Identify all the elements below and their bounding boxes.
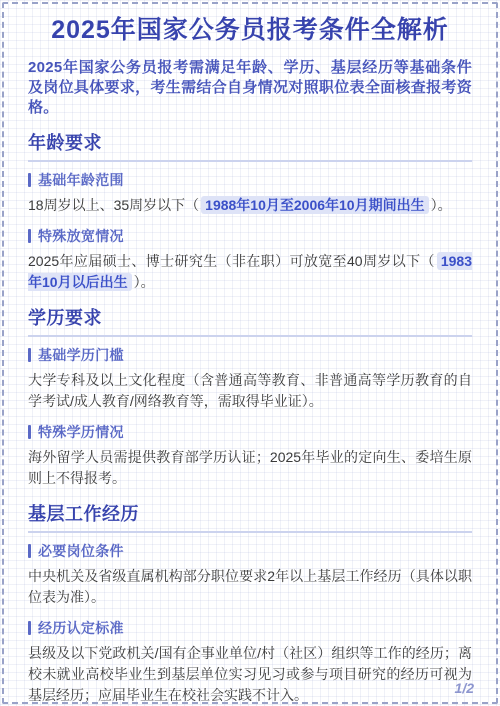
- subsection-label-text: 经历认定标准: [38, 620, 124, 637]
- subsection-label: 经历认定标准: [28, 620, 472, 637]
- subsection-label-text: 基础年龄范围: [38, 172, 124, 189]
- body-paragraph: 大学专科及以上文化程度（含普通高等教育、非普通高等学历教育的自学考试/成人教育/…: [28, 370, 472, 412]
- intro-paragraph: 2025年国家公务员报考需满足年龄、学历、基层经历等基础条件及岗位具体要求，考生…: [28, 58, 472, 118]
- label-accent-bar: [28, 173, 31, 187]
- label-accent-bar: [28, 229, 31, 243]
- section: 基层工作经历必要岗位条件中央机关及省级直属机构部分职位要求2年以上基层工作经历（…: [28, 503, 472, 706]
- body-paragraph: 中央机关及省级直属机构部分职位要求2年以上基层工作经历（具体以职位表为准）。: [28, 566, 472, 608]
- body-text: ）。: [134, 274, 155, 290]
- body-paragraph: 18周岁以上、35周岁以下（1988年10月至2006年10月期间出生）。: [28, 195, 472, 216]
- subsection-label: 特殊学历情况: [28, 424, 472, 441]
- body-paragraph: 海外留学人员需提供教育部学历认证；2025年毕业的定向生、委培生原则上不得报考。: [28, 447, 472, 489]
- body-text: 2025年应届硕士、博士研究生（非在职）可放宽至40周岁以下（: [28, 253, 435, 269]
- page-title: 2025年国家公务员报考条件全解析: [28, 14, 472, 47]
- label-accent-bar: [28, 348, 31, 362]
- body-text: 大学专科及以上文化程度（含普通高等教育、非普通高等学历教育的自学考试/成人教育/…: [28, 372, 472, 409]
- section-heading: 年龄要求: [28, 132, 472, 162]
- subsection-label-text: 必要岗位条件: [38, 543, 124, 560]
- body-text: 18周岁以上、35周岁以下（: [28, 197, 199, 213]
- section: 年龄要求基础年龄范围18周岁以上、35周岁以下（1988年10月至2006年10…: [28, 132, 472, 293]
- body-text: ）。: [431, 197, 452, 213]
- subsection-label: 必要岗位条件: [28, 543, 472, 560]
- page-content: 2025年国家公务员报考条件全解析 2025年国家公务员报考需满足年龄、学历、基…: [0, 0, 500, 706]
- poster-page: 2025年国家公务员报考条件全解析 2025年国家公务员报考需满足年龄、学历、基…: [0, 0, 500, 706]
- subsection-label: 基础年龄范围: [28, 172, 472, 189]
- page-number: 1/2: [455, 680, 474, 696]
- subsection-label: 特殊放宽情况: [28, 228, 472, 245]
- subsection-label-text: 特殊学历情况: [38, 424, 124, 441]
- section: 学历要求基础学历门槛大学专科及以上文化程度（含普通高等教育、非普通高等学历教育的…: [28, 307, 472, 489]
- label-accent-bar: [28, 425, 31, 439]
- label-accent-bar: [28, 621, 31, 635]
- section-heading: 学历要求: [28, 307, 472, 337]
- sections-container: 年龄要求基础年龄范围18周岁以上、35周岁以下（1988年10月至2006年10…: [28, 132, 472, 706]
- body-text: 县级及以下党政机关/国有企事业单位/村（社区）组织等工作的经历；离校未就业高校毕…: [28, 645, 472, 703]
- subsection-label: 基础学历门槛: [28, 347, 472, 364]
- body-text: 海外留学人员需提供教育部学历认证；2025年毕业的定向生、委培生原则上不得报考。: [28, 449, 472, 486]
- body-paragraph: 县级及以下党政机关/国有企事业单位/村（社区）组织等工作的经历；离校未就业高校毕…: [28, 643, 472, 706]
- label-accent-bar: [28, 544, 31, 558]
- section-heading: 基层工作经历: [28, 503, 472, 533]
- highlight-text: 1988年10月至2006年10月期间出生: [201, 196, 428, 214]
- body-text: 中央机关及省级直属机构部分职位要求2年以上基层工作经历（具体以职位表为准）。: [28, 568, 472, 605]
- subsection-label-text: 基础学历门槛: [38, 347, 124, 364]
- body-paragraph: 2025年应届硕士、博士研究生（非在职）可放宽至40周岁以下（1983年10月以…: [28, 251, 472, 293]
- subsection-label-text: 特殊放宽情况: [38, 228, 124, 245]
